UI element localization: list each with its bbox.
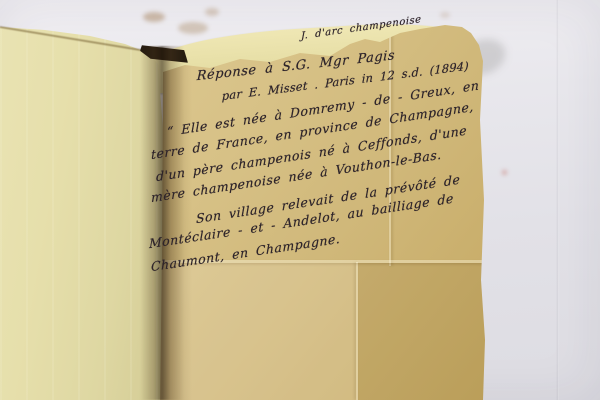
- page-gutter: [140, 46, 184, 400]
- paper-stain: [440, 12, 450, 18]
- book-photo: J. d'arc champenoise Réponse à S.G. Mgr …: [0, 0, 600, 400]
- paper-stain: [143, 12, 165, 22]
- backdrop-fold: [556, 0, 559, 400]
- paper-stain: [502, 170, 507, 175]
- manuscript-note-page: [158, 20, 490, 400]
- paper-stain: [178, 22, 208, 34]
- fold-crease-vertical-upper: [389, 26, 391, 266]
- paper-stain: [205, 8, 219, 16]
- paper-tone-patch: [358, 263, 490, 400]
